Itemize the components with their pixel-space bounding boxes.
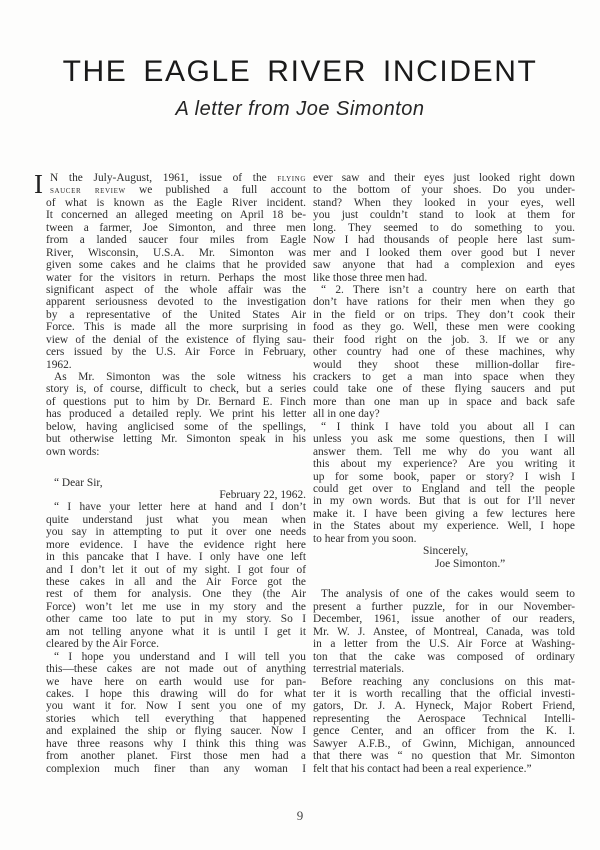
text-line: stories which tell everything that happe… [46,713,306,725]
text-line: 1962. [46,359,306,371]
text-line: other came too late to put in my story. … [46,613,306,625]
intro-paragraph: I N the July-August, 1961, issue of the … [46,172,306,371]
text-line: all in one day? [313,408,575,420]
text-line: Mr. W. J. Anstee, of Montreal, Canada, w… [313,626,575,638]
text-line: “ I think I have told you about all I ca… [313,421,575,433]
text-line: water for the visitors in return. Perhap… [46,272,306,284]
text-line: view of the denial of the existence of f… [46,334,306,346]
text-line: apparent seriousness devoted to the inve… [46,296,306,308]
text-line: cers issued by the U.S. Air Force in Feb… [46,346,306,358]
text-line: and explained the ship or flying saucer.… [46,725,306,737]
text-line: crackers to get a man into space when th… [313,371,575,383]
drop-cap: I [34,172,43,196]
text-line: It concerned an alleged meeting on April… [46,209,306,221]
article-title: THE EAGLE RIVER INCIDENT [0,55,600,89]
text-line: up for some book, paper or story? I wish… [313,471,575,483]
paragraph: “ I have your letter here at hand and I … [46,501,306,650]
text-line: like those three men had. [313,272,575,284]
text-line: unless you ask me some questions, then I… [313,433,575,445]
text-line: of questions put to him by Dr. Bernard E… [46,396,306,408]
text-line: of what is known as the Eagle River inci… [46,197,306,209]
text-line: you say in attempting to put it over one… [46,526,306,538]
salutation: “ Dear Sir, [46,477,306,489]
text-line: answer them. Tell me why do you want all [313,446,575,458]
paragraph: ever saw and their eyes just looked righ… [313,172,575,284]
text-line: that there was “ no question that Mr. Si… [313,750,575,762]
text-line: Force. This is made all the more surpris… [46,321,306,333]
text-line: from a landed saucer four miles from Eag… [46,234,306,246]
text-line: their food right on the job. 3. If we or… [313,334,575,346]
text-line: complexion much finer than any woman I [46,763,306,775]
text-line: mer and I looked them over good but I ne… [313,247,575,259]
text-line: would they shoot these million-dollar fi… [313,359,575,371]
text-line: ter it is worth recalling that the offic… [313,688,575,700]
text-line: we have here on earth would use for pan- [46,676,306,688]
text-line: this about my experience? Are you writin… [313,458,575,470]
text-line: significant aspect of the whole affair w… [46,284,306,296]
left-column: I N the July-August, 1961, issue of the … [46,172,306,775]
text-line: stand? When they looked in your eyes, we… [313,197,575,209]
text-line: don’t have rations for their men when th… [313,296,575,308]
text-line: given some cakes and he claims that he p… [46,259,306,271]
text-line: felt that his contact had been a real ex… [313,763,575,775]
paragraph: “ I think I have told you about all I ca… [313,421,575,545]
article-subtitle: A letter from Joe Simonton [0,98,600,121]
text-line: gence Center, and an officer from the K.… [313,725,575,737]
text-line: River, Wisconsin, U.S.A. Mr. Simonton wa… [46,247,306,259]
text-line: present a further puzzle, for in our Nov… [313,601,575,613]
text-line: “ I have your letter here at hand and I … [46,501,306,513]
text-line: Sawyer A.F.B., of Gwinn, Michigan, annou… [313,738,575,750]
text-line: As Mr. Simonton was the sole witness his [46,371,306,383]
text-line: make it. I have been giving a few lectur… [313,508,575,520]
text-line: to hear from you soon. [313,533,575,545]
text-line: ever saw and their eyes just looked righ… [313,172,575,184]
text-line: in my own words. But that is out for I’l… [313,495,575,507]
text-line: more evidence. I have the evidence right… [46,539,306,551]
text-line: own words: [46,446,306,458]
text-line: Before reaching any conclusions on this … [313,676,575,688]
text-line: these cakes in all and the Air Force got… [46,576,306,588]
text-line: long. They seemed to do something to you… [313,222,575,234]
signature: Joe Simonton.” [313,558,575,570]
text-line: Now I had thousands of people here last … [313,234,575,246]
paragraph: The analysis of one of the cakes would s… [313,588,575,675]
text-line: could get over to England and tell the p… [313,483,575,495]
text-line: Force) won’t let me use in my story and … [46,601,306,613]
text-line: in this pancake that I have. I only have… [46,551,306,563]
text-line: gators, Dr. J. A. Hyneck, Major Robert F… [313,700,575,712]
text-line: from another planet. First those men had… [46,750,306,762]
text-line: in the field or on trips. They don’t coo… [313,309,575,321]
text-line: cakes. I hope this drawing will do for w… [46,688,306,700]
text-line: more than one man up in space and back s… [313,396,575,408]
text-line: has produced a detailed reply. We print … [46,408,306,420]
text-line: N the July-August, 1961, issue of the fl… [46,172,306,184]
text-line: have three reasons why I think this thin… [46,738,306,750]
text-line: could take one of these flying saucers a… [313,383,575,395]
text-line: cleared by the Air Force. [46,638,306,650]
text-line: you just couldn’t stand to look at them … [313,209,575,221]
text-line: in the States about my experience. Well,… [313,520,575,532]
text-line: other country had one of these machines,… [313,346,575,358]
text-line: food as they go. Well, these men were co… [313,321,575,333]
text-line: to the bottom of your shoes. Do you unde… [313,184,575,196]
magazine-page: THE EAGLE RIVER INCIDENT A letter from J… [0,0,600,850]
text-line: below, having anglicised some of the spe… [46,421,306,433]
text-line: but otherwise letting Mr. Simonton speak… [46,433,306,445]
letter-date: February 22, 1962. [46,489,306,501]
text-line: by a representative of the United States… [46,309,306,321]
text-line: tween a farmer, Joe Simonton, and three … [46,222,306,234]
text-line: ton that the cake was composed of ordina… [313,651,575,663]
text-line: “ I hope you understand and I will tell … [46,651,306,663]
text-line: story is, of course, difficult to check,… [46,383,306,395]
text-line: am not telling anyone what it is until I… [46,626,306,638]
text-line: saw anyone that had a complexion and eye… [313,259,575,271]
text-line: you want it for. Now I sent you one of m… [46,700,306,712]
paragraph: “ I hope you understand and I will tell … [46,651,306,775]
text-line: representing the Aerospace Technical Int… [313,713,575,725]
text-line: “ 2. There isn’t a country here on earth… [313,284,575,296]
text-line: quite understand just what you mean when [46,514,306,526]
text-line: in a letter from the U.S. Air Force at W… [313,638,575,650]
text-line: December, 1961, issue another of our rea… [313,613,575,625]
right-column: ever saw and their eyes just looked righ… [313,172,575,775]
paragraph: “ 2. There isn’t a country here on earth… [313,284,575,421]
text-line: rest of them for analysis. One they (the… [46,588,306,600]
text-line: The analysis of one of the cakes would s… [313,588,575,600]
closing: Sincerely, [313,545,575,557]
paragraph: Before reaching any conclusions on this … [313,676,575,776]
text-line: and I don’t let it out of my sight. I go… [46,564,306,576]
text-line: terrestrial materials. [313,663,575,675]
text-line: saucer review we published a full accoun… [46,184,306,196]
text-line: this—these cakes are not made out of any… [46,663,306,675]
paragraph: As Mr. Simonton was the sole witness his… [46,371,306,458]
page-number: 9 [0,808,600,824]
